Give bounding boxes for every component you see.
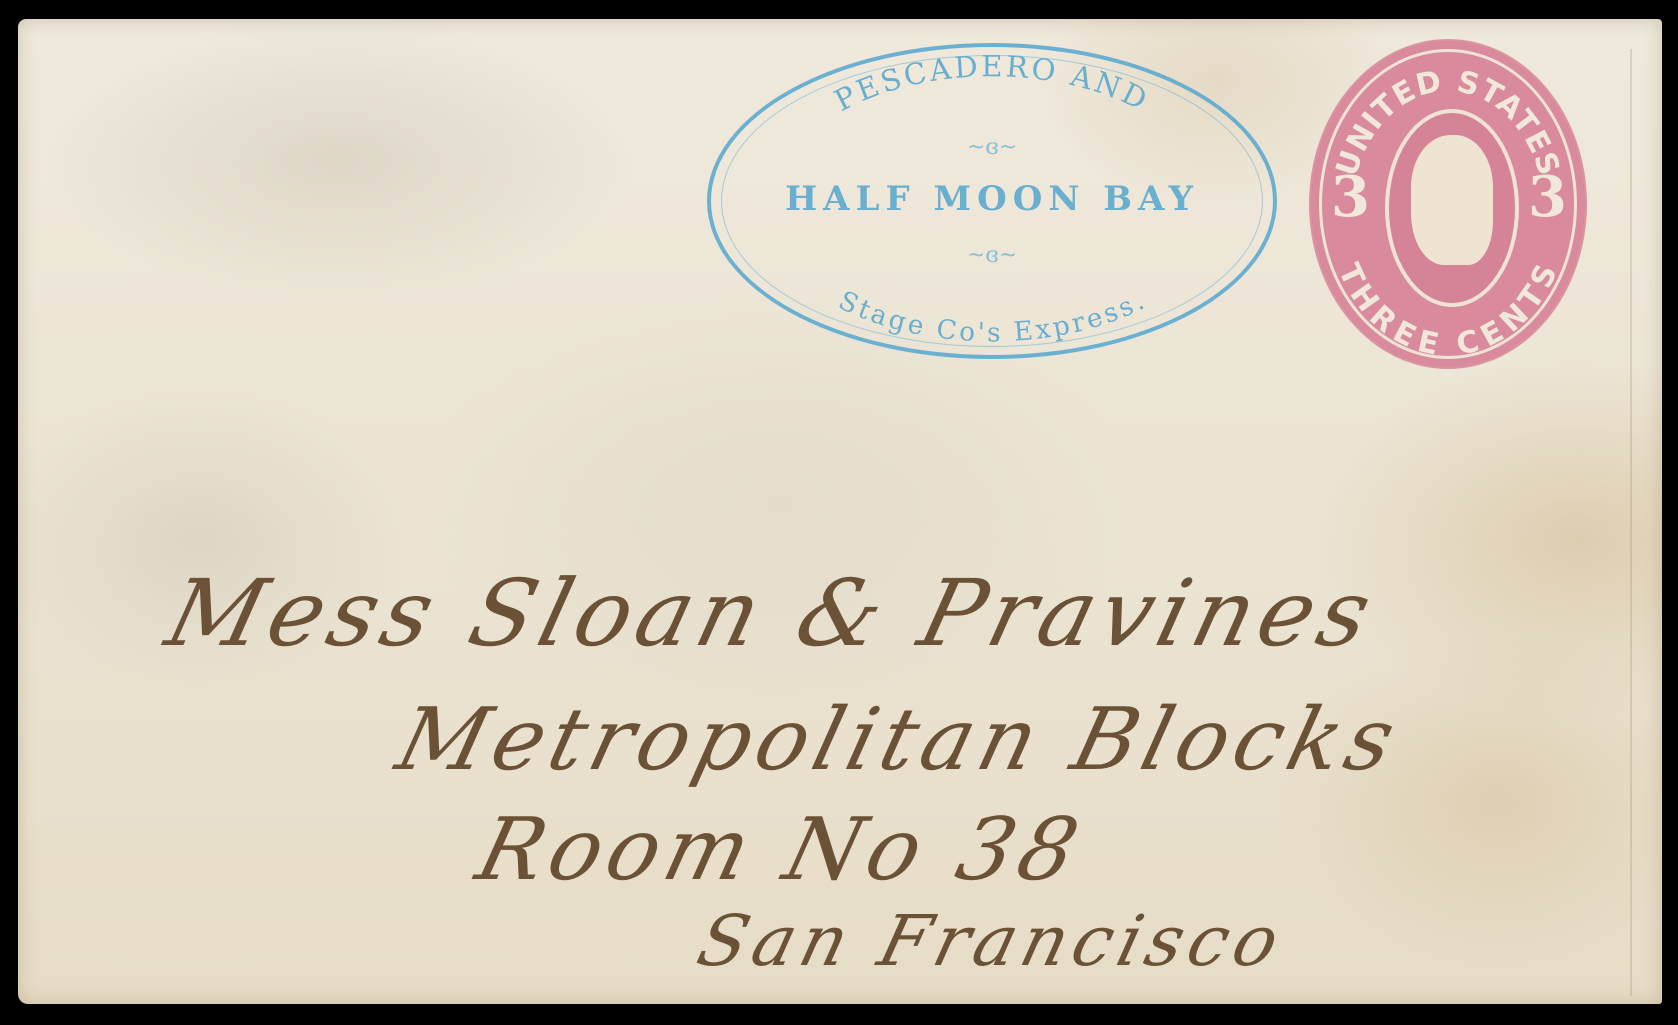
express-cachet: PESCADERO AND Stage Co's Express. ~ɞ~ HA… [707, 43, 1277, 359]
stamp-portrait-frame [1385, 109, 1519, 307]
cachet-middle-text: HALF MOON BAY [711, 179, 1273, 219]
svg-text:PESCADERO AND: PESCADERO AND [829, 49, 1155, 118]
stamp-numeral-right: 3 [1528, 169, 1567, 225]
cachet-flourish-bottom: ~ɞ~ [967, 243, 1017, 268]
envelope-edge-fold [1630, 49, 1632, 996]
svg-text:Stage Co's Express.: Stage Co's Express. [834, 286, 1151, 349]
address-line-city: San Francisco [690, 900, 1293, 982]
stamp-numeral-left: 3 [1331, 169, 1370, 225]
embossed-stamp: UNITED STATES THREE CENTS 3 3 [1311, 41, 1585, 367]
cachet-top-text: PESCADERO AND [829, 49, 1155, 118]
address-line-addressee: Mess Sloan & Pravines [157, 560, 1387, 667]
washington-portrait-icon [1411, 135, 1493, 265]
cachet-bottom-text: Stage Co's Express. [834, 286, 1151, 349]
cachet-flourish-top: ~ɞ~ [967, 135, 1017, 160]
address-line-room: Room No 38 [468, 800, 1094, 900]
address-line-building: Metropolitan Blocks [388, 690, 1411, 790]
